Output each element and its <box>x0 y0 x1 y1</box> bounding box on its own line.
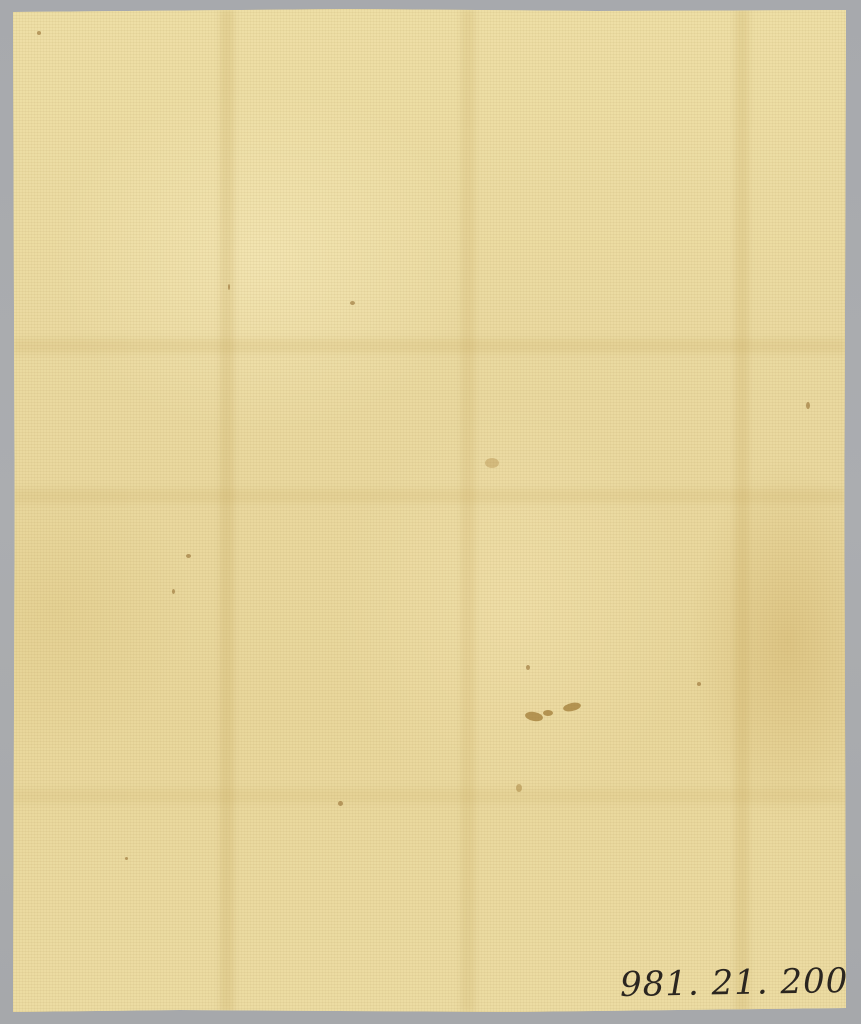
stain-spot <box>186 554 191 558</box>
stain-spot <box>125 857 128 860</box>
stain-spot <box>526 665 530 670</box>
textile-swatch: 981. 21. 200 <box>13 9 846 1012</box>
fold-line <box>13 789 846 803</box>
stain-spot <box>516 784 522 792</box>
fold-line <box>220 9 234 1012</box>
stain-spot <box>806 402 810 409</box>
stain-spot <box>485 458 499 468</box>
stain-spot <box>172 589 175 594</box>
fold-line <box>13 489 846 503</box>
stain-spot <box>338 801 343 806</box>
fold-line <box>13 339 846 353</box>
stain-spot <box>697 682 701 686</box>
elongated-stain <box>543 710 553 716</box>
fold-line <box>735 9 749 1012</box>
accession-number: 981. 21. 200 <box>620 961 846 1005</box>
fold-line <box>461 9 475 1012</box>
stain-spot <box>228 284 230 290</box>
stain-spot <box>37 31 41 35</box>
stain-spot <box>350 301 355 305</box>
weave-warp <box>13 9 846 1012</box>
